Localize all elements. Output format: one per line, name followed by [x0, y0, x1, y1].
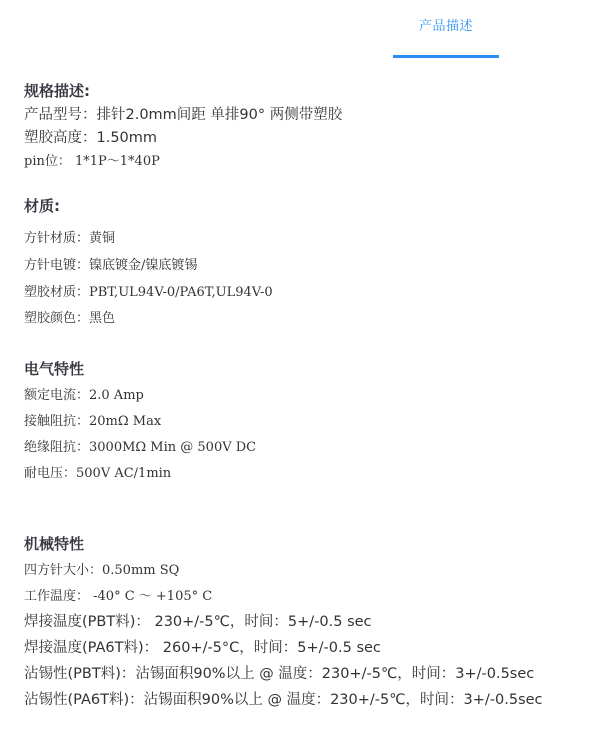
- tab-product-description[interactable]: 产品描述: [393, 0, 499, 58]
- spec-line: 塑胶高度：1.50mm: [24, 126, 157, 147]
- mechanical-line: 焊接温度(PA6T料)： 260+/-5°C，时间：5+/-0.5 sec: [24, 636, 381, 657]
- section-heading-mechanical: 机械特性: [24, 533, 84, 554]
- mechanical-line: 焊接温度(PBT料)： 230+/-5℃，时间：5+/-0.5 sec: [24, 610, 372, 631]
- tab-label: 产品描述: [393, 0, 499, 34]
- material-line: 方针电镀：镍底镀金/镍底镀锡: [24, 254, 197, 273]
- material-line: 塑胶颜色：黑色: [24, 307, 115, 326]
- tab-bar: 产品描述: [0, 0, 610, 60]
- mechanical-line: 沾锡性(PBT料)：沾锡面积90%以上 @ 温度：230+/-5℃，时间：3+/…: [24, 662, 534, 683]
- material-line: 方针材质：黄铜: [24, 227, 115, 246]
- section-heading-spec: 规格描述:: [24, 80, 90, 101]
- section-heading-electrical: 电气特性: [24, 358, 84, 379]
- material-line: 塑胶材质：PBT,UL94V-0/PA6T,UL94V-0: [24, 281, 273, 300]
- electrical-line: 耐电压：500V AC/1min: [24, 462, 171, 481]
- electrical-line: 接触阻抗：20mΩ Max: [24, 410, 161, 429]
- mechanical-line: 四方针大小：0.50mm SQ: [24, 559, 179, 578]
- mechanical-line: 工作温度： -40° C ～ +105° C: [24, 585, 212, 604]
- active-tab-indicator: [393, 55, 499, 58]
- electrical-line: 绝缘阻抗：3000MΩ Min @ 500V DC: [24, 436, 256, 455]
- section-heading-material: 材质:: [24, 195, 60, 216]
- electrical-line: 额定电流：2.0 Amp: [24, 384, 144, 403]
- mechanical-line: 沾锡性(PA6T料)：沾锡面积90%以上 @ 温度：230+/-5℃，时间：3+…: [24, 688, 543, 709]
- spec-line: 产品型号：排针2.0mm间距 单排90° 两侧带塑胶: [24, 103, 342, 124]
- spec-line: pin位： 1*1P～1*40P: [24, 150, 160, 169]
